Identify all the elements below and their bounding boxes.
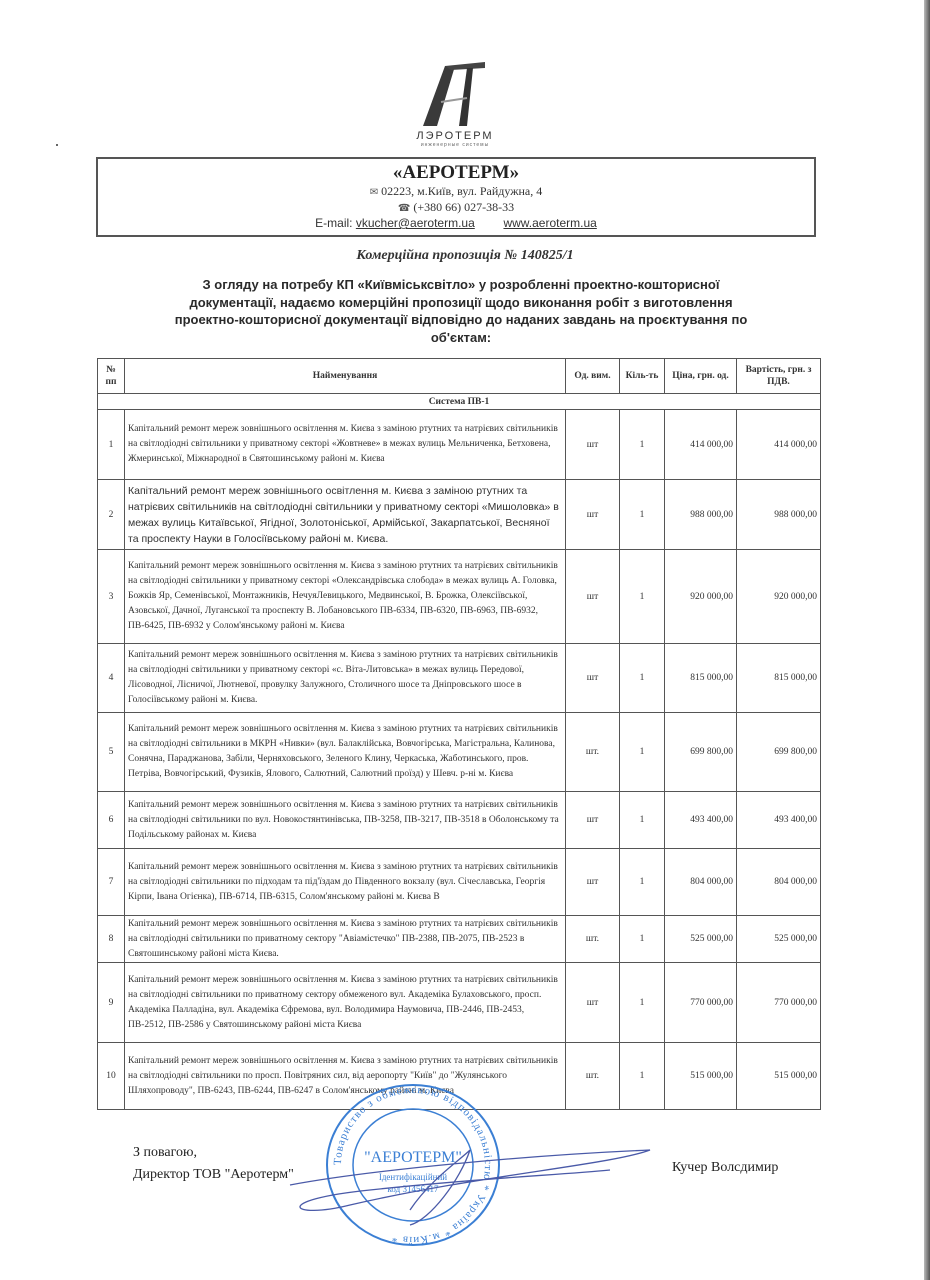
company-header: «АЕРОТЕРМ» ✉02223, м.Київ, вул. Райдужна… bbox=[96, 157, 816, 237]
scan-speck bbox=[56, 144, 58, 146]
row-number: 1 bbox=[98, 410, 125, 480]
website-link[interactable]: www.aeroterm.ua bbox=[503, 216, 596, 230]
col-header-qty: Кіль-ть bbox=[620, 359, 665, 394]
row-total: 815 000,00 bbox=[737, 644, 821, 713]
row-number: 8 bbox=[98, 916, 125, 963]
row-total: 525 000,00 bbox=[737, 916, 821, 963]
sign-title: Директор ТОВ "Аеротерм" bbox=[133, 1167, 294, 1183]
row-unit-price: 920 000,00 bbox=[665, 550, 737, 644]
table-row: 7Капітальний ремонт мереж зовнішнього ос… bbox=[98, 849, 821, 916]
row-number: 2 bbox=[98, 480, 125, 550]
row-unit: шт. bbox=[566, 916, 620, 963]
row-unit: шт bbox=[566, 410, 620, 480]
col-header-name: Найменування bbox=[125, 359, 566, 394]
row-unit: шт bbox=[566, 644, 620, 713]
row-unit-price: 804 000,00 bbox=[665, 849, 737, 916]
phone-icon: ☎ bbox=[398, 203, 410, 214]
row-unit-price: 515 000,00 bbox=[665, 1043, 737, 1110]
company-name: «АЕРОТЕРМ» bbox=[98, 162, 814, 184]
company-contacts: E-mail: vkucher@aeroterm.ua www.aeroterm… bbox=[98, 216, 814, 231]
col-header-price: Ціна, грн. од. bbox=[665, 359, 737, 394]
email-link[interactable]: vkucher@aeroterm.ua bbox=[356, 216, 475, 230]
row-description: Капітальний ремонт мереж зовнішнього осв… bbox=[125, 550, 566, 644]
table-row: 8Капітальний ремонт мереж зовнішнього ос… bbox=[98, 916, 821, 963]
logo-monogram-icon bbox=[415, 58, 495, 128]
row-unit: шт. bbox=[566, 713, 620, 792]
row-unit-price: 414 000,00 bbox=[665, 410, 737, 480]
system-label: Система ПВ-1 bbox=[98, 394, 821, 410]
offer-title: Комерційна пропозиція № 140825/1 bbox=[0, 248, 930, 264]
col-header-num: № пп bbox=[98, 359, 125, 394]
row-number: 5 bbox=[98, 713, 125, 792]
row-unit: шт bbox=[566, 963, 620, 1043]
row-description: Капітальний ремонт мереж зовнішнього осв… bbox=[125, 849, 566, 916]
row-total: 988 000,00 bbox=[737, 480, 821, 550]
company-logo: ЛЭРОТЕРМ инженерные системы bbox=[385, 58, 525, 153]
table-header-row: № пп Найменування Од. вим. Кіль-ть Ціна,… bbox=[98, 359, 821, 394]
row-total: 414 000,00 bbox=[737, 410, 821, 480]
row-total: 770 000,00 bbox=[737, 963, 821, 1043]
row-description: Капітальний ремонт мереж зовнішнього осв… bbox=[125, 713, 566, 792]
row-unit-price: 699 800,00 bbox=[665, 713, 737, 792]
table-row: 6Капітальний ремонт мереж зовнішнього ос… bbox=[98, 792, 821, 849]
row-description: Капітальний ремонт мереж зовнішнього осв… bbox=[125, 792, 566, 849]
col-header-unit: Од. вим. bbox=[566, 359, 620, 394]
row-number: 4 bbox=[98, 644, 125, 713]
row-total: 699 800,00 bbox=[737, 713, 821, 792]
scan-edge bbox=[924, 0, 930, 1280]
offer-intro: З огляду на потребу КП «Київміськсвітло»… bbox=[165, 276, 757, 346]
signature-scribble bbox=[230, 1130, 660, 1230]
row-number: 10 bbox=[98, 1043, 125, 1110]
row-total: 515 000,00 bbox=[737, 1043, 821, 1110]
offer-table: № пп Найменування Од. вим. Кіль-ть Ціна,… bbox=[97, 358, 821, 1110]
row-unit-price: 493 400,00 bbox=[665, 792, 737, 849]
row-total: 493 400,00 bbox=[737, 792, 821, 849]
company-phone: ☎(+380 66) 027-38-33 bbox=[98, 200, 814, 216]
system-row: Система ПВ-1 bbox=[98, 394, 821, 410]
row-number: 6 bbox=[98, 792, 125, 849]
sign-greeting: З повагою, bbox=[133, 1145, 197, 1161]
row-quantity: 1 bbox=[620, 963, 665, 1043]
row-unit: шт bbox=[566, 792, 620, 849]
row-description: Капітальний ремонт мереж зовнішнього осв… bbox=[125, 410, 566, 480]
logo-tagline: инженерные системы bbox=[385, 142, 525, 148]
row-quantity: 1 bbox=[620, 550, 665, 644]
table-row: 9Капітальний ремонт мереж зовнішнього ос… bbox=[98, 963, 821, 1043]
row-quantity: 1 bbox=[620, 713, 665, 792]
table-row: 3Капітальний ремонт мереж зовнішнього ос… bbox=[98, 550, 821, 644]
row-quantity: 1 bbox=[620, 480, 665, 550]
table-row: 1Капітальний ремонт мереж зовнішнього ос… bbox=[98, 410, 821, 480]
row-number: 9 bbox=[98, 963, 125, 1043]
row-number: 7 bbox=[98, 849, 125, 916]
table-row: 4Капітальний ремонт мереж зовнішнього ос… bbox=[98, 644, 821, 713]
row-number: 3 bbox=[98, 550, 125, 644]
row-unit: шт bbox=[566, 480, 620, 550]
row-quantity: 1 bbox=[620, 849, 665, 916]
table-row: 2Капітальний ремонт мереж зовнішнього ос… bbox=[98, 480, 821, 550]
row-unit-price: 988 000,00 bbox=[665, 480, 737, 550]
logo-name: ЛЭРОТЕРМ bbox=[385, 130, 525, 142]
row-unit: шт. bbox=[566, 1043, 620, 1110]
row-unit-price: 770 000,00 bbox=[665, 963, 737, 1043]
row-description: Капітальний ремонт мереж зовнішнього осв… bbox=[125, 644, 566, 713]
envelope-icon: ✉ bbox=[370, 187, 378, 198]
row-quantity: 1 bbox=[620, 792, 665, 849]
email-label: E-mail: bbox=[315, 216, 352, 230]
sign-name: Кучер Волсдимир bbox=[672, 1160, 778, 1176]
row-description: Капітальний ремонт мереж зовнішнього осв… bbox=[125, 916, 566, 963]
company-address: ✉02223, м.Київ, вул. Райдужна, 4 bbox=[98, 184, 814, 200]
row-total: 920 000,00 bbox=[737, 550, 821, 644]
row-quantity: 1 bbox=[620, 1043, 665, 1110]
row-unit-price: 525 000,00 bbox=[665, 916, 737, 963]
row-quantity: 1 bbox=[620, 644, 665, 713]
row-description: Капітальний ремонт мереж зовнішнього осв… bbox=[125, 480, 566, 550]
row-unit: шт bbox=[566, 849, 620, 916]
col-header-total: Вартість, грн. з ПДВ. bbox=[737, 359, 821, 394]
row-unit: шт bbox=[566, 550, 620, 644]
row-total: 804 000,00 bbox=[737, 849, 821, 916]
table-row: 5Капітальний ремонт мереж зовнішнього ос… bbox=[98, 713, 821, 792]
row-description: Капітальний ремонт мереж зовнішнього осв… bbox=[125, 963, 566, 1043]
row-unit-price: 815 000,00 bbox=[665, 644, 737, 713]
row-quantity: 1 bbox=[620, 916, 665, 963]
row-quantity: 1 bbox=[620, 410, 665, 480]
